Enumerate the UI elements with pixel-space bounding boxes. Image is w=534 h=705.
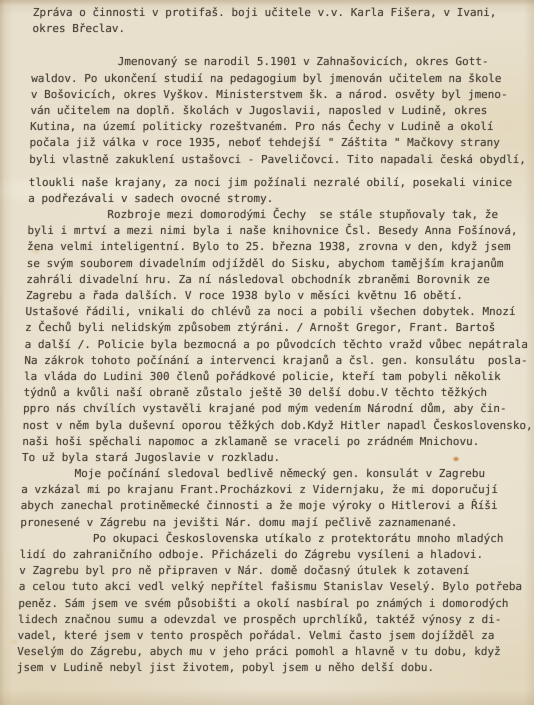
text-line: v Bošovicích, okres Vyškov. Ministerstve… [31,87,534,103]
text-line: jsem v Ludině nebyl jist životem, pobyl … [17,660,534,676]
text-line: zahráli divadelní hru. Za ní následoval … [26,272,534,288]
text-line: počala již válka v roce 1935, neboť tehd… [29,135,534,151]
text-line: la vláda do Ludini 300 členů pořádkové p… [24,369,534,385]
paragraph-occupation: Po okupaci Československa utíkalo z prot… [17,531,534,677]
text-line: a vzkázal mi po krajanu Frant.Procházkov… [21,482,534,498]
paragraph-german-consulate: Moje počínání sledoval bedlivě německý g… [20,466,534,531]
text-line: naši hoši spěchali napomoc a zklamaně se… [22,434,534,450]
text-line: a celou tuto akci vedl velký nepřítel fa… [19,579,534,595]
text-line: ván učitelem na doplň. školách v Jugosla… [30,103,534,119]
text-line: waldov. Po ukončení studií na pedagogium… [31,71,534,87]
text-line: Ustašové řádili, vnikali do chlévů za no… [25,304,534,320]
text-line: peněz. Sám jsem ve svém působišti a okol… [18,596,534,612]
text-line: pronesené v Zágrebu na jevišti Nár. domu… [20,515,534,531]
text-line: Veselým do Zágrebu, abych mu v jeho prác… [17,644,534,660]
document-title: Zpráva o činnosti v protifaš. boji učite… [32,5,534,37]
text-line: Rozbroje mezi domorodými Čechy se stále … [28,207,534,223]
text-line: lidech značnou sumu a odevzdal ve prospě… [18,612,534,628]
text-line: nost v něm byla duševní oporou těžkých d… [23,418,534,434]
text-line: a podřezávali v sadech ovocné stromy. [28,191,534,207]
text-line: Moje počínání sledoval bedlivě německý g… [21,466,534,482]
text-line: abych zanechal protiněmecké činnosti a ž… [21,498,534,514]
text-line: z Čechů byli nelidským způsobem ztýráni.… [25,320,534,336]
document-page: Zpráva o činnosti v protifaš. boji učite… [0,0,534,705]
text-line: a další /. Policie byla bezmocná a po pů… [25,337,534,353]
text-line: v Zagrebu byl pro ně připraven v Nár. do… [19,563,534,579]
text-line: žena velmi inteligentní. Bylo to 25. bře… [27,239,534,255]
paragraph-conflicts: Rozbroje mezi domorodými Čechy se stále … [22,207,534,466]
text-line: tloukli naše krajany, za noci jim požína… [28,175,534,191]
text-line: byli vlastně zakuklení ustašovci - Pavel… [29,152,534,168]
text-line: To už byla stará Jugoslavie v rozkladu. [22,450,534,466]
text-line: Po okupaci Československa utíkalo z prot… [20,531,534,547]
paragraph-biography: Jmenovaný se narodil 5.1901 v Zahnašovic… [28,54,534,207]
title-line: okres Břeclav. [32,21,534,37]
text-line: Jmenovaný se narodil 5.1901 v Zahnašovic… [31,54,534,70]
text-line: Na zákrok tohoto počínání a intervenci k… [24,353,534,369]
text-line: lidí do zahraničního odboje. Přicházeli … [19,547,534,563]
text-line: byli i mrtví a mezi nimi byla i naše kni… [27,223,534,239]
text-line: týdnů a kvůli naší obraně zůstalo ještě … [23,385,534,401]
text-line: ppro nás chvílích vystavěli krajané pod … [23,401,534,417]
text-line: se svým souborem divadelním odjížděl do … [26,256,534,272]
document-text: Zpráva o činnosti v protifaš. boji učite… [17,5,534,677]
text-line: vadel, které jsem v tento prospěch pořád… [17,628,534,644]
title-line: Zpráva o činnosti v protifaš. boji učite… [33,5,534,21]
text-line: Kutina, na území politicky rozeštvaném. … [30,119,534,135]
text-line: Zagrebu a řada dalších. V roce 1938 bylo… [26,288,534,304]
